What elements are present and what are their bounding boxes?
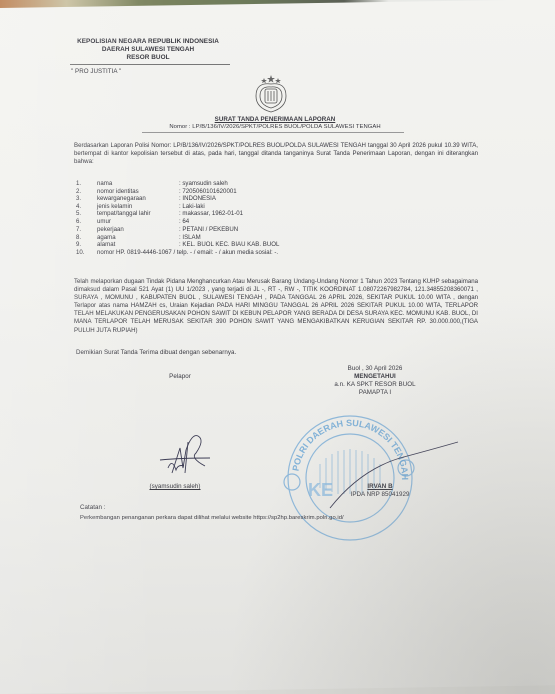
identity-number: 4. (76, 203, 81, 210)
identity-number: 9. (76, 241, 81, 248)
header-line-3: RESOR BUOL (48, 54, 248, 61)
identity-label: pekerjaan (97, 226, 124, 233)
pro-justitia: " PRO JUSTITIA " (71, 68, 121, 75)
closing-statement: Demikian Surat Tanda Terima dibuat denga… (76, 349, 236, 356)
identity-label: tempat/tanggal lahir (97, 210, 151, 217)
on-behalf-label: a.n. KA SPKT RESOR BUOL (320, 381, 430, 388)
identity-label: nama (97, 180, 112, 187)
identity-label: kewarganegaraan (97, 195, 146, 202)
officer-rank-nrp: IPDA NRP 85041929 (330, 491, 430, 498)
identity-label: jenis kelamin (97, 203, 132, 210)
identity-value: : 7205060101620001 (179, 188, 237, 195)
identity-label: nomor identitas (97, 188, 139, 195)
reporter-role: Pelapor (145, 373, 215, 380)
identity-number: 10. (76, 249, 84, 256)
note-label: Catatan : (80, 504, 106, 511)
identity-label: umur (97, 218, 111, 225)
identity-number: 1. (76, 180, 81, 187)
identity-label: agama (97, 234, 116, 241)
document: KEPOLISIAN NEGARA REPUBLIK INDONESIA DAE… (0, 0, 555, 694)
identity-number: 3. (76, 195, 81, 202)
identity-value: : INDONESIA (179, 195, 216, 202)
header-divider (70, 64, 230, 65)
officer-signature (320, 440, 460, 510)
identity-number: 5. (76, 210, 81, 217)
header-line-1: KEPOLISIAN NEGARA REPUBLIK INDONESIA (48, 38, 248, 45)
identity-value: : Laki-laki (179, 203, 205, 210)
document-title: SURAT TANDA PENERIMAAN LAPORAN (175, 116, 375, 123)
officer-name: IRVAN B (340, 483, 420, 490)
identity-number: 8. (76, 234, 81, 241)
intro-paragraph: Berdasarkan Laporan Polisi Nomor: LP/B/1… (74, 142, 478, 166)
identity-label: alamat (97, 241, 115, 248)
identity-number: 6. (76, 218, 81, 225)
document-number: Nomor : LP/B/136/IV/2026/SPKT/POLRES BUO… (130, 124, 420, 130)
identity-value: : syamsudin saleh (179, 180, 228, 187)
identity-value: : 64 (179, 218, 189, 225)
report-paragraph: Telah melaporkan dugaan Tindak Pidana Me… (74, 278, 478, 335)
place-date: Buol , 30 April 2026 (320, 365, 430, 372)
note-text: Perkembangan penanganan perkara dapat di… (80, 515, 344, 521)
identity-value: : KEL. BUOL KEC. BIAU KAB. BUOL (179, 241, 279, 248)
knowing-label: MENGETAHUI (320, 373, 430, 380)
identity-value: : makassar, 1962-01-01 (179, 210, 243, 217)
identity-value: : ISLAM (179, 234, 201, 241)
identity-value: : PETANI / PEKEBUN (179, 226, 238, 233)
position-label: PAMAPTA I (320, 389, 430, 396)
header-line-2: DAERAH SULAWESI TENGAH (48, 46, 248, 53)
identity-number: 7. (76, 226, 81, 233)
identity-number: 2. (76, 188, 81, 195)
title-underline (142, 132, 404, 133)
reporter-signature (150, 428, 220, 483)
reporter-name: (syamsudin saleh) (140, 483, 210, 490)
identity-label: nomor HP. 0819-4446-1067 / telp. - / ema… (97, 249, 278, 256)
polri-emblem-icon (252, 74, 290, 114)
